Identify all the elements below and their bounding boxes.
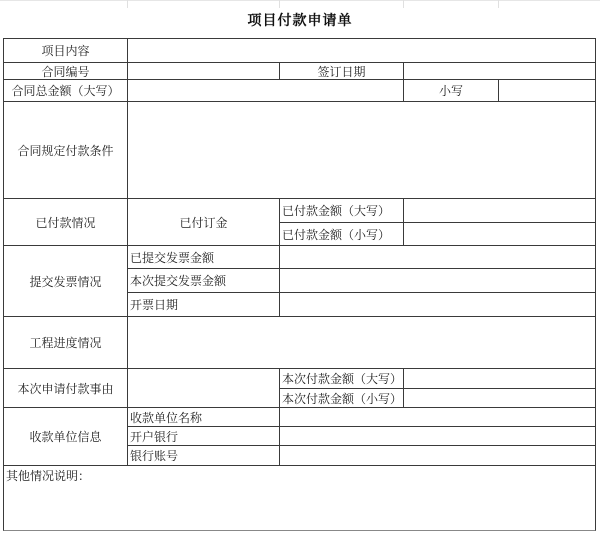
sign-date-label: 签订日期 xyxy=(279,62,404,80)
sheet-gridline xyxy=(127,0,128,8)
payee-bank-label: 开户银行 xyxy=(127,426,280,446)
current-amount-upper-field[interactable] xyxy=(403,368,596,389)
contract-total-label: 合同总金额（大写） xyxy=(3,79,128,102)
contract-no-field[interactable] xyxy=(127,62,280,80)
payee-info-label: 收款单位信息 xyxy=(3,407,128,466)
request-reason-label: 本次申请付款事由 xyxy=(3,368,128,408)
invoice-current-field[interactable] xyxy=(279,268,596,293)
invoice-status-label: 提交发票情况 xyxy=(3,245,128,317)
invoice-date-label: 开票日期 xyxy=(127,292,280,317)
paid-amount-upper-field[interactable] xyxy=(403,198,596,223)
request-reason-field[interactable] xyxy=(127,368,280,408)
invoice-submitted-label: 已提交发票金额 xyxy=(127,245,280,269)
project-content-label: 项目内容 xyxy=(3,38,128,63)
sheet-gridline xyxy=(279,0,280,8)
contract-total-lower-field[interactable] xyxy=(498,79,596,102)
payment-terms-field[interactable] xyxy=(127,101,596,199)
contract-no-label: 合同编号 xyxy=(3,62,128,80)
paid-deposit-label: 已付订金 xyxy=(127,198,280,246)
current-amount-lower-label: 本次付款金额（小写） xyxy=(279,388,404,408)
invoice-date-field[interactable] xyxy=(279,292,596,317)
paid-amount-lower-field[interactable] xyxy=(403,222,596,246)
other-notes-field[interactable]: 其他情况说明： xyxy=(3,465,596,531)
sheet-gridline xyxy=(498,0,499,8)
form-title: 项目付款申请单 xyxy=(0,10,600,30)
payee-account-label: 银行账号 xyxy=(127,445,280,466)
payee-name-field[interactable] xyxy=(279,407,596,427)
paid-status-label: 已付款情况 xyxy=(3,198,128,246)
sheet-gridline xyxy=(403,0,404,8)
payee-bank-field[interactable] xyxy=(279,426,596,446)
progress-label: 工程进度情况 xyxy=(3,316,128,369)
sign-date-field[interactable] xyxy=(403,62,596,80)
payment-terms-label: 合同规定付款条件 xyxy=(3,101,128,199)
other-notes-label: 其他情况说明： xyxy=(6,467,90,484)
progress-field[interactable] xyxy=(127,316,596,369)
payee-name-label: 收款单位名称 xyxy=(127,407,280,427)
project-content-field[interactable] xyxy=(127,38,596,63)
paid-amount-upper-label: 已付款金额（大写） xyxy=(279,198,404,223)
contract-total-lower-label: 小写 xyxy=(403,79,499,102)
payee-account-field[interactable] xyxy=(279,445,596,466)
current-amount-upper-label: 本次付款金额（大写） xyxy=(279,368,404,389)
contract-total-upper-field[interactable] xyxy=(127,79,404,102)
invoice-submitted-field[interactable] xyxy=(279,245,596,269)
current-amount-lower-field[interactable] xyxy=(403,388,596,408)
invoice-current-label: 本次提交发票金额 xyxy=(127,268,280,293)
paid-amount-lower-label: 已付款金额（小写） xyxy=(279,222,404,246)
